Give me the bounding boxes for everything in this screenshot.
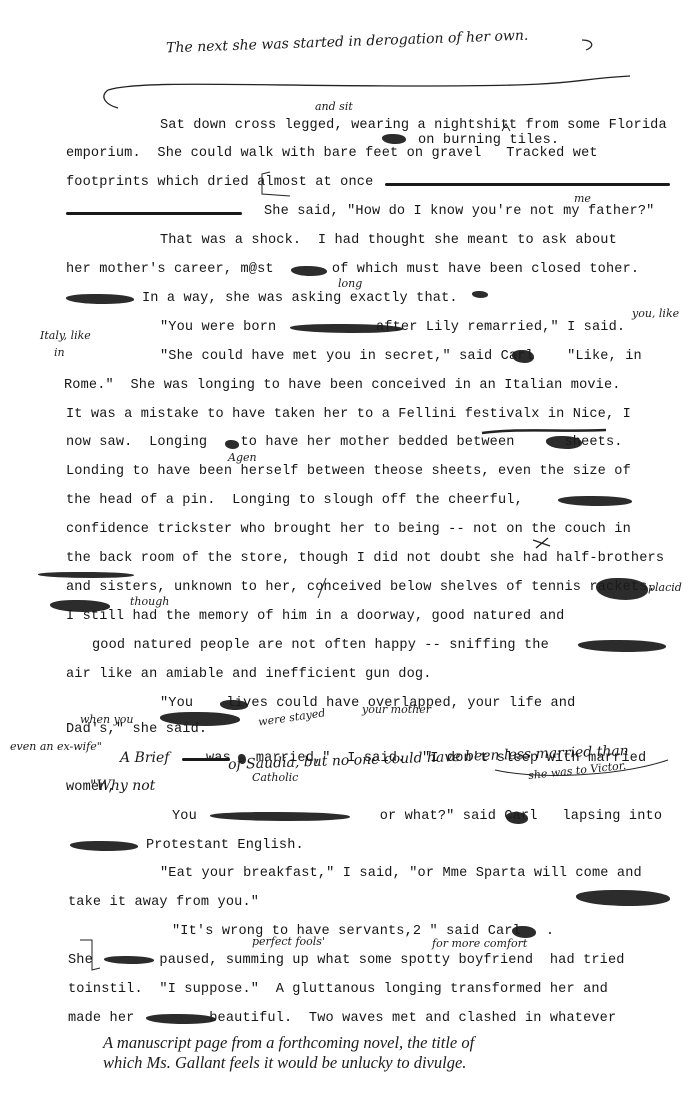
- typed-line: was married," I said. "I don't sleep wit…: [206, 751, 646, 767]
- typed-line: air like an amiable and inefficient gun …: [66, 667, 432, 683]
- typed-line: Sat down cross legged, wearing a nightsh…: [160, 118, 667, 134]
- typed-line: now saw. Longing to have her mother bedd…: [66, 435, 623, 451]
- typed-line: women,: [66, 780, 116, 796]
- scribble-deletion: [225, 440, 239, 449]
- handwritten-note: long: [338, 278, 362, 290]
- caption-line: A manuscript page from a forthcoming nov…: [103, 1033, 603, 1053]
- scribble-deletion: [472, 291, 488, 298]
- typed-line: It was a mistake to have taken her to a …: [66, 407, 631, 423]
- manuscript-page: The next she was started in derogation o…: [0, 0, 700, 1103]
- scribble-deletion: [512, 350, 534, 363]
- strikethrough: [182, 758, 230, 761]
- scribble-deletion: [238, 754, 246, 764]
- typed-line: and sisters, unknown to her, conceived b…: [66, 580, 656, 596]
- strikethrough: [66, 212, 242, 215]
- handwritten-note: in: [54, 347, 65, 359]
- caption: A manuscript page from a forthcoming nov…: [103, 1033, 603, 1073]
- typed-line: Londing to have been herself between the…: [66, 464, 631, 480]
- typed-line: She said, "How do I know you're not my f…: [264, 204, 654, 220]
- handwritten-note: and sit: [315, 101, 353, 113]
- margin-note: even an ex-wife": [10, 741, 102, 753]
- caption-line: which Ms. Gallant feels it would be unlu…: [103, 1053, 603, 1073]
- typed-line: Protestant English.: [146, 838, 304, 854]
- typed-line: In a way, she was asking exactly that.: [142, 291, 458, 307]
- handwritten-note: though: [130, 596, 169, 608]
- scribble-deletion: [506, 812, 528, 824]
- margin-note: Italy, like: [40, 330, 91, 342]
- typed-line: confidence trickster who brought her to …: [66, 522, 631, 538]
- typed-line: emporium. She could walk with bare feet …: [66, 146, 598, 162]
- typed-line: good natured people are not often happy …: [92, 638, 549, 654]
- typed-line: the back room of the store, though I did…: [66, 551, 664, 567]
- typed-line: "She could have met you in secret," said…: [160, 349, 642, 365]
- scribble-deletion: [382, 134, 406, 144]
- typed-line: the head of a pin. Longing to slough off…: [66, 493, 523, 509]
- typed-line: take it away from you.": [68, 895, 259, 911]
- strikethrough: [385, 183, 670, 186]
- typed-line: her mother's career, m@st of which must …: [66, 262, 639, 278]
- typed-line: footprints which dried almost at once: [66, 175, 373, 191]
- handwritten-note: you, like: [632, 308, 679, 320]
- typed-line: Rome." She was longing to have been conc…: [64, 378, 621, 394]
- handwritten-note: Catholic: [252, 772, 298, 784]
- typed-line: I still had the memory of him in a doorw…: [66, 609, 564, 625]
- typed-line: That was a shock. I had thought she mean…: [160, 233, 617, 249]
- handwritten-note: Agen: [228, 452, 257, 464]
- handwritten-note: A Brief: [120, 752, 170, 764]
- typed-line: "Eat your breakfast," I said, "or Mme Sp…: [160, 866, 642, 882]
- typed-line: "It's wrong to have servants,2 " said Ca…: [172, 924, 554, 940]
- scribble-deletion: [512, 926, 536, 938]
- typed-line: toinstil. "I suppose." A gluttanous long…: [68, 982, 608, 998]
